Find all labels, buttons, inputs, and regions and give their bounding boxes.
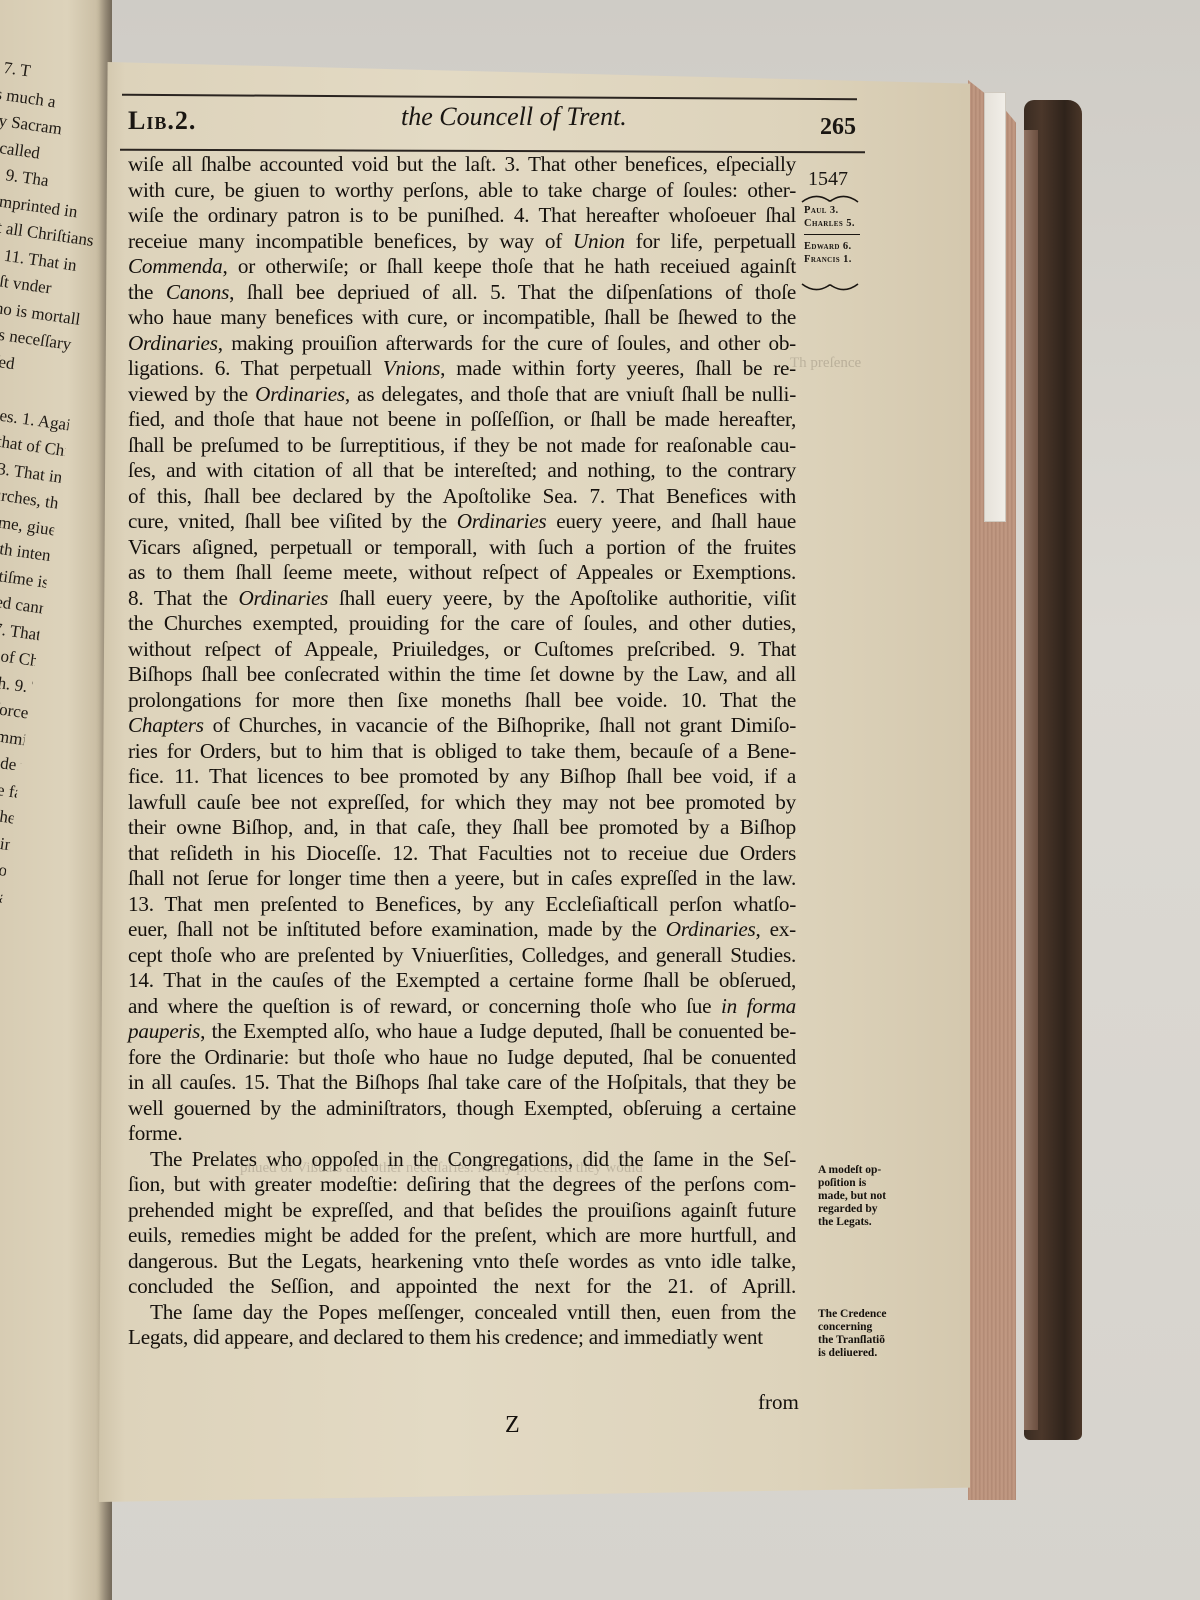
text-line: ſes, and with citation of all that be in… bbox=[128, 458, 796, 484]
text-line: prolongations for more then ſixe moneths… bbox=[128, 688, 796, 714]
text-line: wiſe all ſhalbe accounted void but the l… bbox=[128, 152, 796, 178]
text-line: viewed by the Ordinaries, as delegates, … bbox=[128, 382, 796, 408]
text-line: the Canons, ſhall bee depriued of all. 5… bbox=[128, 280, 796, 306]
text-line: with cure, be giuen to worthy perſons, a… bbox=[128, 178, 796, 204]
text-line: as to them ſhall ſeeme meete, without re… bbox=[128, 560, 796, 586]
cover-board-edge bbox=[1024, 130, 1038, 1430]
ruler-pope: Paul 3. bbox=[804, 204, 860, 217]
running-title: the Councell of Trent. bbox=[401, 102, 627, 132]
text-line: of this, ſhall bee declared by the Apoſt… bbox=[128, 484, 796, 510]
text-line: and where the queſtion is of reward, or … bbox=[128, 994, 796, 1020]
note-line: is deliuered. bbox=[818, 1347, 900, 1360]
text-line: pauperis, the Exempted alſo, who haue a … bbox=[128, 1019, 796, 1045]
text-line: cure, vnited, ſhall bee viſited by the O… bbox=[128, 509, 796, 535]
signature-mark: Z bbox=[505, 1412, 520, 1439]
left-page: dels. 7. Tfor as much athat by Sacramthe… bbox=[0, 0, 112, 1600]
brace-bottom-icon bbox=[800, 280, 860, 294]
text-line: euer, ſhall not be inſtituted before exa… bbox=[128, 917, 796, 943]
text-line: fice. 11. That licences to bee promoted … bbox=[128, 764, 796, 790]
note-line: concerning bbox=[818, 1321, 900, 1334]
margin-year: 1547 bbox=[808, 168, 848, 191]
text-line: ries for Orders, but to him that is obli… bbox=[128, 739, 796, 765]
book-number: Lib.2. bbox=[128, 106, 196, 136]
note-line: the Legats. bbox=[818, 1216, 900, 1229]
text-line: the Churches exempted, prouiding for the… bbox=[128, 611, 796, 637]
page-number: 265 bbox=[820, 114, 856, 141]
text-line: concluded the Seſſion, and appointed the… bbox=[128, 1274, 796, 1300]
text-line: dangerous. But the Legats, hearkening vn… bbox=[128, 1249, 796, 1275]
text-line: ligations. 6. That perpetuall Vnions, ma… bbox=[128, 356, 796, 382]
text-line: Commenda, or otherwiſe; or ſhall keepe t… bbox=[128, 254, 796, 280]
note-line: poſition is bbox=[818, 1177, 900, 1190]
catchword: from bbox=[758, 1390, 799, 1415]
margin-rulers: Paul 3. Charles 5. Edward 6. Francis 1. bbox=[804, 204, 860, 266]
text-line: fied, and thoſe that haue not beene in p… bbox=[128, 407, 796, 433]
text-line: ſhall be preſumed to be ſurreptitious, i… bbox=[128, 433, 796, 459]
text-line: wiſe the ordinary patron is to be puniſh… bbox=[128, 203, 796, 229]
text-line: well gouerned by the adminiſtrators, tho… bbox=[128, 1096, 796, 1122]
text-line: that reſideth in his Dioceſſe. 12. That … bbox=[128, 841, 796, 867]
text-line: their owne Biſhop, and, in that caſe, th… bbox=[128, 815, 796, 841]
running-head: Lib.2. the Councell of Trent. 265 bbox=[126, 100, 856, 146]
text-line: ſion, but with greater modeſtie: deſirin… bbox=[128, 1172, 796, 1198]
note-line: made, but not bbox=[818, 1190, 900, 1203]
text-line: Biſhops ſhall bee conſecrated within the… bbox=[128, 662, 796, 688]
text-line: Legats, did appeare, and declared to the… bbox=[128, 1325, 796, 1351]
text-line: 13. That men preſented to Benefices, by … bbox=[128, 892, 796, 918]
text-line: forme. bbox=[128, 1121, 796, 1147]
text-line: ſhall not ſerue for longer time then a y… bbox=[128, 866, 796, 892]
text-line: without reſpect of Appeale, Priuiledges,… bbox=[128, 637, 796, 663]
note-line: the Tranſlatiõ bbox=[818, 1334, 900, 1347]
text-line: who haue many benefices with cure, or in… bbox=[128, 305, 796, 331]
text-line: The Prelates who oppoſed in the Congrega… bbox=[128, 1147, 796, 1173]
paper-bookmark bbox=[984, 92, 1006, 522]
text-line: cept thoſe who are preſented by Vniuerſi… bbox=[128, 943, 796, 969]
margin-note-credence: The Credence concerning the Tranſlatiõ i… bbox=[818, 1308, 900, 1360]
text-line: 14. That in the cauſes of the Exempted a… bbox=[128, 968, 796, 994]
text-line: receiue many incompatible benefices, by … bbox=[128, 229, 796, 255]
ruler-france: Francis 1. bbox=[804, 253, 860, 266]
ruler-england: Edward 6. bbox=[804, 240, 860, 253]
text-line: Vicars aſigned, perpetuall or temporall,… bbox=[128, 535, 796, 561]
text-line: 8. That the Ordinaries ſhall euery yeere… bbox=[128, 586, 796, 612]
text-line: Chapters of Churches, in vacancie of the… bbox=[128, 713, 796, 739]
show-through-text: Th preſence bbox=[790, 355, 861, 372]
margin-note-opposition: A modeſt op- poſition is made, but not r… bbox=[818, 1164, 900, 1229]
ruler-separator bbox=[804, 234, 860, 235]
text-line: prehended might be expreſſed, and that b… bbox=[128, 1198, 796, 1224]
text-line: Ordinaries, making prouiſion afterwards … bbox=[128, 331, 796, 357]
ruler-emperor: Charles 5. bbox=[804, 217, 860, 230]
text-line: The ſame day the Popes meſſenger, concea… bbox=[128, 1300, 796, 1326]
note-line: The Credence bbox=[818, 1308, 900, 1321]
note-line: regarded by bbox=[818, 1203, 900, 1216]
text-line: in all cauſes. 15. That the Biſhops ſhal… bbox=[128, 1070, 796, 1096]
note-line: A modeſt op- bbox=[818, 1164, 900, 1177]
text-line: euils, remedies might be added for the p… bbox=[128, 1223, 796, 1249]
text-line: lawfull cauſe bee not expreſſed, for whi… bbox=[128, 790, 796, 816]
text-line: fore the Ordinarie: but thoſe who haue n… bbox=[128, 1045, 796, 1071]
body-text: wiſe all ſhalbe accounted void but the l… bbox=[128, 152, 796, 1351]
